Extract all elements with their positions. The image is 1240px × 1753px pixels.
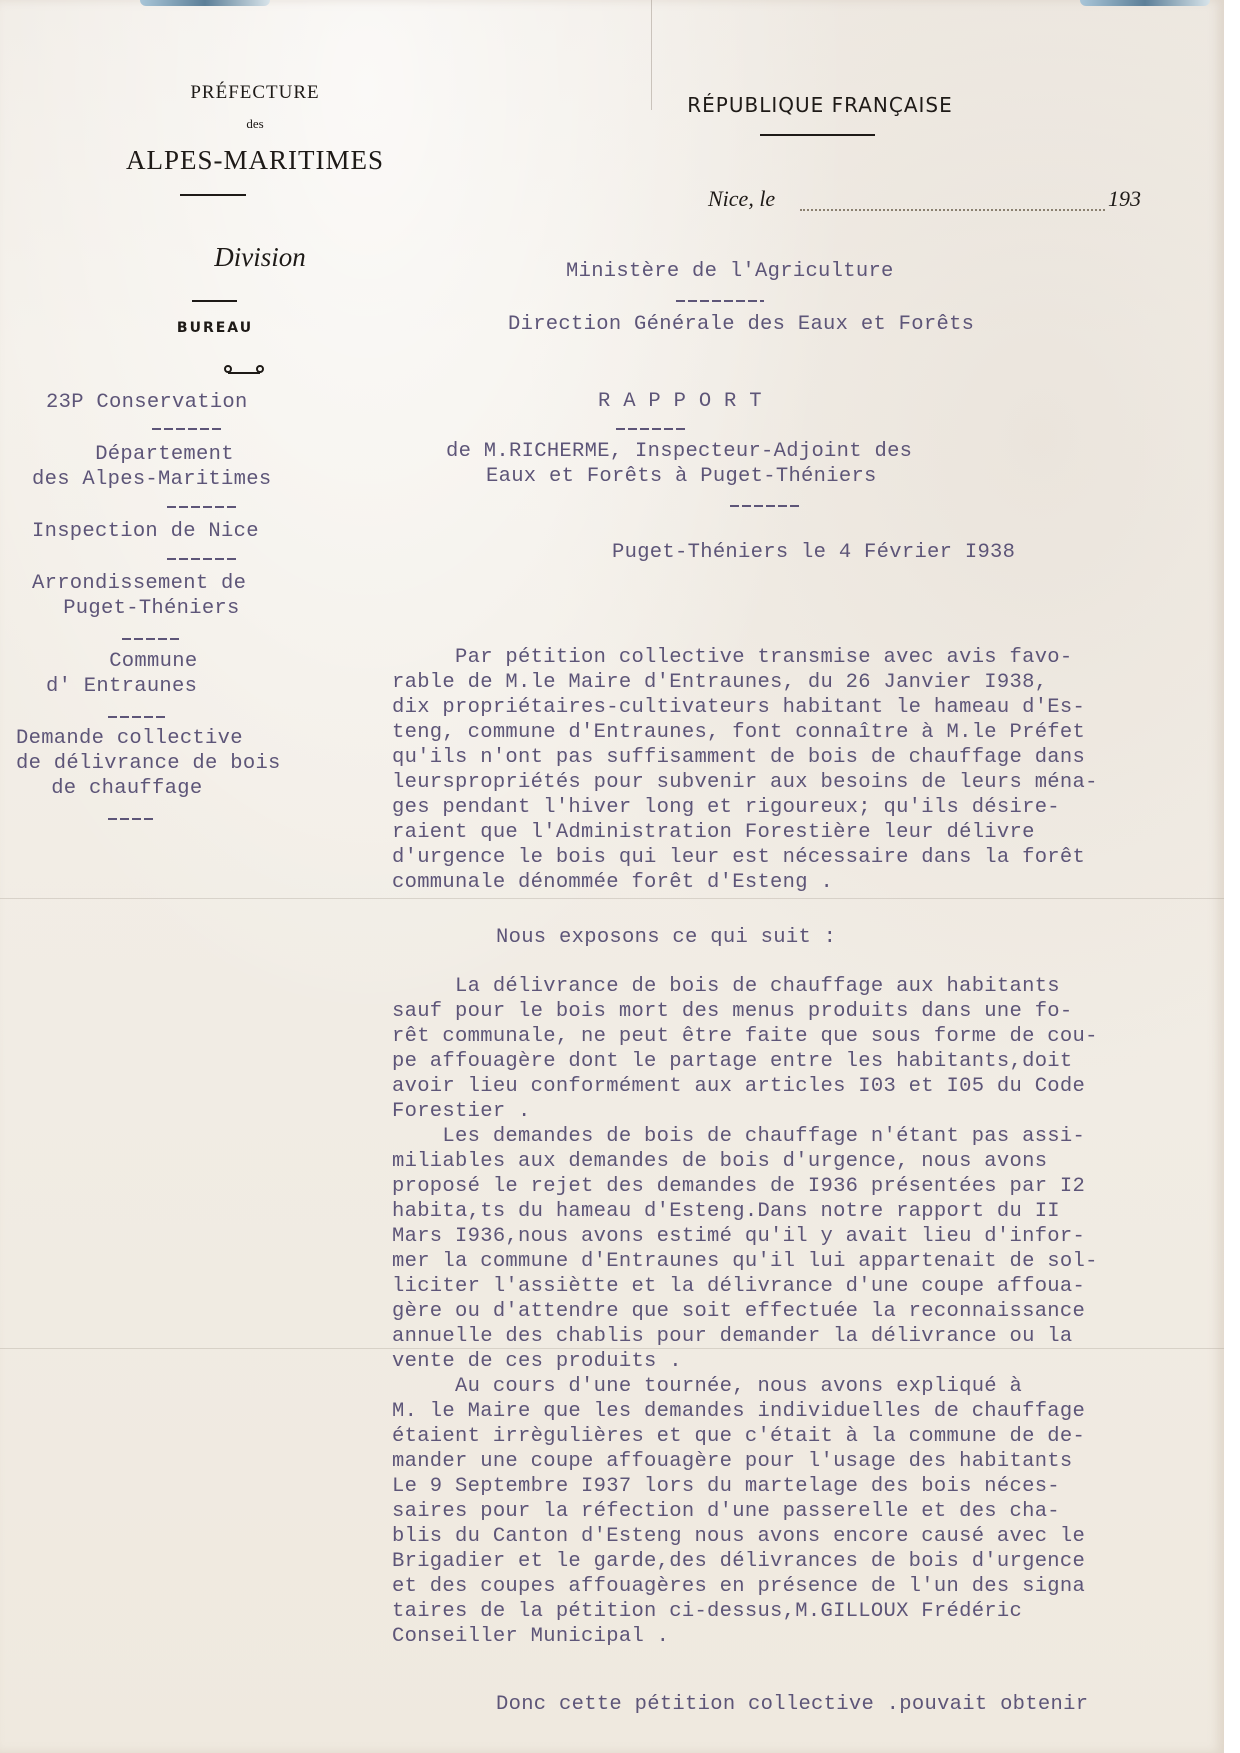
- text-line: miliables aux demandes de bois d'urgence…: [392, 1150, 1047, 1173]
- text-line: mer la commune d'Entraunes qu'il lui app…: [392, 1250, 1098, 1273]
- des-label: des: [90, 116, 420, 132]
- divider: [152, 428, 222, 430]
- fold-crease: [0, 898, 1224, 899]
- text-line: saires pour la réfection d'une passerell…: [392, 1500, 1060, 1523]
- direction-label: Direction Générale des Eaux et Forêts: [508, 313, 974, 336]
- department-name: ALPES-MARITIMES: [60, 145, 450, 176]
- divider: [192, 300, 237, 302]
- divider: [676, 300, 764, 302]
- prefecture-label: PRÉFECTURE: [90, 82, 420, 104]
- text-line: rêt communale, ne peut être faite que so…: [392, 1025, 1098, 1048]
- text-line: dix propriétaires-cultivateurs habitant …: [392, 696, 1085, 719]
- divider: [167, 506, 237, 508]
- sidebar-item-commune: d' Entraunes: [46, 675, 197, 698]
- intro-line: Nous exposons ce qui suit :: [496, 926, 836, 949]
- text-line: La délivrance de bois de chauffage aux h…: [392, 975, 1060, 998]
- sidebar-item-conservation: 23P Conservation: [46, 391, 248, 414]
- text-line: Les demandes de bois de chauffage n'étan…: [392, 1125, 1085, 1148]
- year-prefix: 193: [1108, 186, 1141, 212]
- text-line: étaient irrègulières et que c'était à la…: [392, 1425, 1085, 1448]
- text-line: Conseiller Municipal .: [392, 1625, 669, 1648]
- divider: [122, 638, 180, 640]
- text-line: taires de la pétition ci-dessus,M.GILLOU…: [392, 1600, 1022, 1623]
- sidebar-item-inspection: Inspection de Nice: [32, 520, 259, 543]
- text-line: avoir lieu conformément aux articles I03…: [392, 1075, 1085, 1098]
- republic-label: RÉPUBLIQUE FRANÇAISE: [640, 93, 1000, 117]
- text-line: annuelle des chablis pour demander la dé…: [392, 1325, 1073, 1348]
- divider: [616, 428, 688, 430]
- sidebar-item-subject: de chauffage: [26, 777, 202, 800]
- divider: [730, 505, 802, 507]
- text-line: mander une coupe affouagère pour l'usage…: [392, 1450, 1073, 1473]
- text-line: rable de M.le Maire d'Entraunes, du 26 J…: [392, 671, 1047, 694]
- sidebar-item-departement: Département: [70, 443, 234, 466]
- divider: [180, 194, 246, 196]
- sidebar-item-departement: des Alpes-Maritimes: [32, 468, 271, 491]
- text-line: sauf pour le bois mort des menus produit…: [392, 1000, 1073, 1023]
- text-line: raient que l'Administration Forestière l…: [392, 821, 1035, 844]
- text-line: gère ou d'attendre que soit effectuée la…: [392, 1300, 1085, 1323]
- text-line: qu'ils n'ont pas suffisamment de bois de…: [392, 746, 1085, 769]
- report-title: R A P P O R T: [598, 390, 762, 413]
- ministry-label: Ministère de l'Agriculture: [566, 260, 894, 283]
- report-date: Puget-Théniers le 4 Février I938: [612, 541, 1015, 564]
- divider: [167, 558, 237, 560]
- sidebar-item-subject: Demande collective: [16, 727, 243, 750]
- text-line: teng, commune d'Entraunes, font connaîtr…: [392, 721, 1085, 744]
- text-line: Au cours d'une tournée, nous avons expli…: [392, 1375, 1022, 1398]
- divider: [760, 134, 875, 136]
- text-line: Mars I936,nous avons estimé qu'il y avai…: [392, 1225, 1085, 1248]
- text-line: Par pétition collective transmise avec a…: [392, 646, 1073, 669]
- author-line: Eaux et Forêts à Puget-Théniers: [486, 465, 877, 488]
- text-line: M. le Maire que les demandes individuell…: [392, 1400, 1085, 1423]
- sidebar-item-arrondissement: Puget-Théniers: [38, 597, 240, 620]
- text-line: blis du Canton d'Esteng nous avons encor…: [392, 1525, 1085, 1548]
- sidebar-item-commune: Commune: [84, 650, 197, 673]
- ornament-icon: [224, 365, 264, 375]
- text-line: ges pendant l'hiver long et rigoureux; q…: [392, 796, 1060, 819]
- divider: [108, 818, 154, 820]
- text-line: pe affouagère dont le partage entre les …: [392, 1050, 1073, 1073]
- text-line: leurspropriétés pour subvenir aux besoin…: [392, 771, 1098, 794]
- sidebar-item-arrondissement: Arrondissement de: [32, 572, 246, 595]
- closing-line: Donc cette pétition collective .pouvait …: [496, 1693, 1088, 1716]
- torn-edge: [140, 0, 270, 6]
- text-line: Forestier .: [392, 1100, 531, 1123]
- text-line: communale dénommée forêt d'Esteng .: [392, 871, 833, 894]
- sidebar-item-subject: de délivrance de bois: [16, 752, 281, 775]
- text-line: proposé le rejet des demandes de I936 pr…: [392, 1175, 1085, 1198]
- document-page: PRÉFECTURE des ALPES-MARITIMES Division …: [0, 0, 1224, 1753]
- date-field: [800, 209, 1105, 211]
- place-date-label: Nice, le: [708, 186, 775, 212]
- text-line: Le 9 Septembre I937 lors du martelage de…: [392, 1475, 1060, 1498]
- text-line: liciter l'assiètte et la délivrance d'un…: [392, 1275, 1085, 1298]
- fold-crease: [0, 1348, 1224, 1349]
- text-line: Brigadier et le garde,des délivrances de…: [392, 1550, 1085, 1573]
- division-label: Division: [160, 242, 360, 273]
- bureau-label: BUREAU: [150, 320, 280, 336]
- text-line: et des coupes affouagères en présence de…: [392, 1575, 1085, 1598]
- author-line: de M.RICHERME, Inspecteur-Adjoint des: [446, 440, 912, 463]
- text-line: habita,ts du hameau d'Esteng.Dans notre …: [392, 1200, 1060, 1223]
- torn-edge: [1080, 0, 1210, 6]
- text-line: d'urgence le bois qui leur est nécessair…: [392, 846, 1085, 869]
- text-line: vente de ces produits .: [392, 1350, 682, 1373]
- divider: [108, 716, 166, 718]
